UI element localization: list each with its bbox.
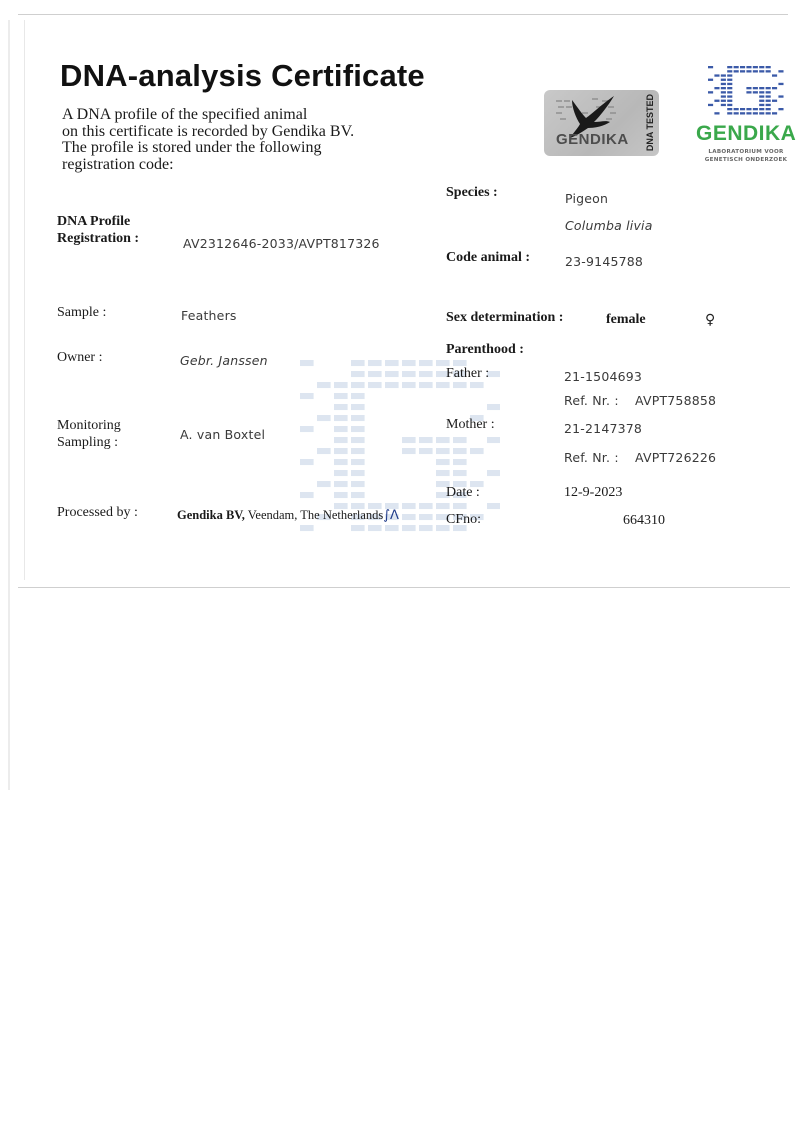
date-label: Date :: [446, 485, 480, 501]
processed-location: Veendam, The Netherlands: [245, 508, 383, 522]
father-ref-label: Ref. Nr. :: [564, 393, 619, 408]
intro-line: A DNA profile of the specified animal: [62, 107, 354, 124]
sample-value: Feathers: [181, 308, 237, 323]
logo-subtitle: LABORATORIUM VOOR GENETISCH ONDERZOEK: [696, 148, 796, 164]
gendika-logo: GENDIKA LABORATORIUM VOOR GENETISCH ONDE…: [696, 64, 796, 174]
sex-label: Sex determination :: [446, 310, 563, 326]
card-left-edge: [24, 20, 25, 580]
monitoring-label-line1: Monitoring: [57, 418, 121, 434]
certificate-title: DNA-analysis Certificate: [60, 58, 425, 94]
owner-label: Owner :: [57, 350, 103, 366]
mother-ref-value: AVPT726226: [635, 450, 716, 465]
registration-label-line1: DNA Profile: [57, 214, 130, 230]
cfno-value: 664310: [623, 513, 665, 529]
monitoring-label-line2: Sampling :: [57, 435, 118, 451]
registration-value: AV2312646-2033/AVPT817326: [183, 236, 380, 251]
logo-subtitle-line: LABORATORIUM VOOR: [696, 148, 796, 156]
seal-brand: GENDIKA: [556, 131, 629, 148]
mother-ref-label: Ref. Nr. :: [564, 450, 619, 465]
monitoring-value: A. van Boxtel: [180, 427, 265, 442]
sample-label: Sample :: [57, 305, 106, 321]
seal-badge-text: DNA TESTED: [645, 94, 655, 151]
logo-subtitle-line: GENETISCH ONDERZOEK: [696, 156, 796, 164]
processed-value: Gendika BV, Veendam, The Netherlands∫ᐱ: [177, 508, 399, 523]
processed-company: Gendika BV,: [177, 508, 245, 522]
cfno-label: CFno:: [446, 512, 481, 528]
father-ref-value: AVPT758858: [635, 393, 716, 408]
card-top-edge: [18, 14, 788, 15]
father-value: 21-1504693: [564, 369, 642, 384]
code-animal-label: Code animal :: [446, 250, 530, 266]
g-dna-logo-icon: [706, 64, 786, 116]
registration-label-line2: Registration :: [57, 231, 139, 247]
parenthood-label: Parenthood :: [446, 342, 524, 358]
signature-mark-icon: ∫ᐱ: [383, 508, 399, 523]
intro-line: The profile is stored under the followin…: [62, 140, 354, 157]
intro-line: on this certificate is recorded by Gendi…: [62, 124, 354, 141]
page-left-shadow: [8, 20, 10, 790]
date-value: 12-9-2023: [564, 485, 622, 501]
dna-tested-seal: GENDIKA DNA TESTED: [544, 90, 659, 156]
species-label: Species :: [446, 185, 498, 201]
logo-brand: GENDIKA: [696, 123, 796, 145]
card-bottom-edge: [18, 587, 790, 588]
mother-value: 21-2147378: [564, 421, 642, 436]
code-animal-value: 23-9145788: [565, 254, 643, 269]
female-symbol-icon: ♀: [705, 312, 715, 328]
intro-line: registration code:: [62, 157, 354, 174]
mother-label: Mother :: [446, 417, 495, 433]
species-common: Pigeon: [565, 191, 608, 206]
species-latin: Columba livia: [565, 218, 653, 233]
processed-label: Processed by :: [57, 505, 138, 521]
sex-value: female: [606, 312, 646, 328]
intro-text: A DNA profile of the specified animal on…: [62, 107, 354, 173]
owner-value: Gebr. Janssen: [180, 353, 268, 368]
father-label: Father :: [446, 366, 489, 382]
